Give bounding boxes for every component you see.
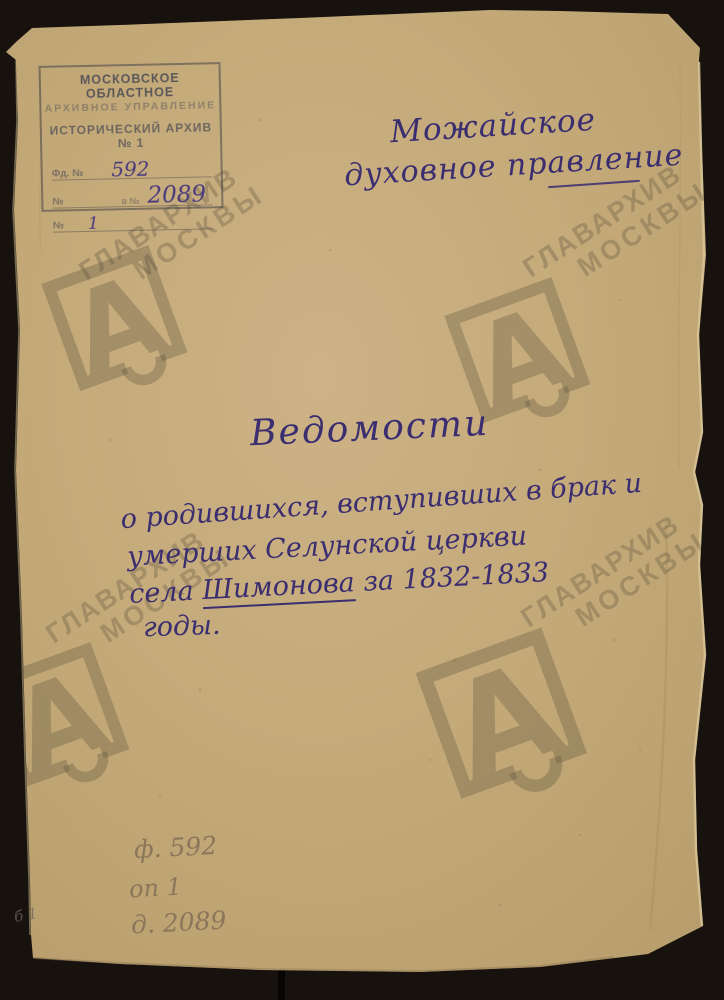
title-line3-post: за 1832-1833 <box>362 557 549 598</box>
page-content: ГЛАВАРХИВ МОСКВЫ А ГЛАВАРХИВ МОСКВЫ <box>0 0 724 1000</box>
ref-delo: д. 2089 <box>130 906 227 940</box>
header-inscription-line1: Можайское <box>389 102 597 151</box>
stamp-delo-mid-label: в № <box>121 196 139 206</box>
stamp-org-line2: АРХИВНОЕ УПРАВЛЕНИЕ <box>41 99 219 115</box>
title-line4: годы. <box>142 610 221 644</box>
archive-stamp: МОСКОВСКОЕ ОБЛАСТНОЕ АРХИВНОЕ УПРАВЛЕНИЕ… <box>38 62 223 212</box>
stamp-fond-label: Фд. № <box>52 168 84 180</box>
title-village-name: Шимонова <box>201 567 355 609</box>
stamp-delo-value: 2089 <box>147 181 206 208</box>
stamp-delo-label: № <box>52 196 63 207</box>
stamp-extra-row: № 1 <box>52 205 212 232</box>
stamp-fond-value: 592 <box>111 157 150 182</box>
stamp-org-line1: МОСКОВСКОЕ ОБЛАСТНОЕ <box>41 70 220 102</box>
stamp-delo-row: № в № 2089 <box>52 177 213 208</box>
stamp-extra-label: № <box>53 220 64 231</box>
ref-fond: ф. 592 <box>133 831 218 864</box>
stamp-org-line3: ИСТОРИЧЕСКИЙ АРХИВ № 1 <box>42 120 221 152</box>
title-line3-pre: села <box>128 576 194 610</box>
watermark-letter: А <box>431 632 578 809</box>
watermark-letter: А <box>54 250 179 401</box>
stamp-extra-value: 1 <box>88 214 99 234</box>
ref-opis: оп 1 <box>128 873 182 904</box>
title-line1: о родившихся, вступивших в брак и <box>120 468 643 535</box>
glavarkhiv-logo-icon: А <box>389 600 616 829</box>
stamp-fond-row: Фд. № 592 <box>51 151 212 180</box>
title-heading: Ведомости <box>249 403 490 454</box>
scan-background: ГЛАВАРХИВ МОСКВЫ А ГЛАВАРХИВ МОСКВЫ <box>0 0 724 1000</box>
